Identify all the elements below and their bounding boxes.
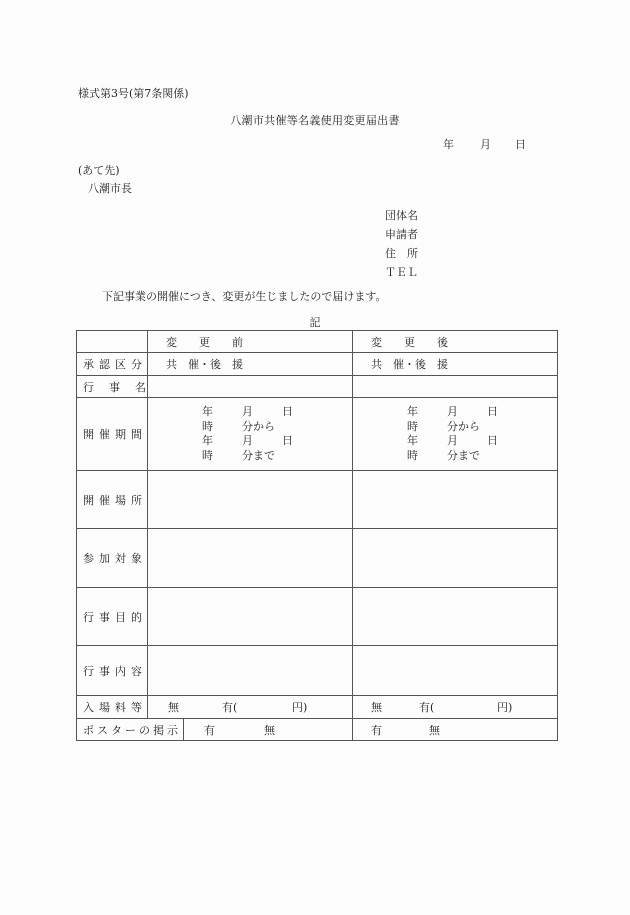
purpose-before[interactable] — [148, 588, 353, 646]
content-after[interactable] — [353, 646, 558, 696]
participants-before[interactable] — [148, 529, 353, 588]
approval-before[interactable]: 共 催・後 援 — [148, 353, 353, 376]
event-name-after[interactable] — [353, 376, 558, 398]
date-year: 年 — [443, 136, 480, 152]
approval-row: 承認区分 共 催・後 援 共 催・後 援 — [77, 353, 558, 376]
period-row: 開催期間 年月日 時分から 年月日 時分まで 年月日 時分から 年月日 時分まで — [77, 398, 558, 471]
applicant-address-label: 住 所 — [385, 244, 418, 263]
poster-row: ポスターの掲示 有無 有無 — [77, 719, 558, 741]
approval-label: 承認区分 — [77, 353, 148, 376]
intro-text: 下記事業の開催につき、変更が生じましたので届けます。 — [102, 288, 386, 304]
ki-heading: 記 — [0, 314, 630, 330]
applicant-group-label: 団体名 — [385, 206, 418, 225]
header-row: 変 更 前 変 更 後 — [77, 331, 558, 353]
addressee-prefix: (あて先) — [78, 162, 120, 178]
content-before[interactable] — [148, 646, 353, 696]
admission-before[interactable]: 無有(円) — [148, 696, 353, 719]
header-before: 変 更 前 — [148, 331, 353, 353]
event-name-label: 行 事 名 — [77, 376, 148, 398]
content-row: 行事内容 — [77, 646, 558, 696]
change-form-table: 変 更 前 変 更 後 承認区分 共 催・後 援 共 催・後 援 行 事 名 開… — [76, 330, 558, 741]
period-before[interactable]: 年月日 時分から 年月日 時分まで — [148, 398, 353, 471]
event-name-row: 行 事 名 — [77, 376, 558, 398]
poster-before[interactable]: 有無 — [184, 719, 353, 741]
addressee-name: 八潮市長 — [88, 180, 132, 196]
participants-row: 参加対象 — [77, 529, 558, 588]
admission-label: 入場料等 — [77, 696, 148, 719]
date-line: 年月日 — [443, 136, 526, 152]
date-month: 月 — [480, 136, 515, 152]
period-after[interactable]: 年月日 時分から 年月日 時分まで — [353, 398, 558, 471]
poster-after[interactable]: 有無 — [353, 719, 558, 741]
content-label: 行事内容 — [77, 646, 148, 696]
header-blank — [77, 331, 148, 353]
participants-after[interactable] — [353, 529, 558, 588]
participants-label: 参加対象 — [77, 529, 148, 588]
venue-row: 開催場所 — [77, 471, 558, 529]
purpose-label: 行事目的 — [77, 588, 148, 646]
venue-label: 開催場所 — [77, 471, 148, 529]
approval-after[interactable]: 共 催・後 援 — [353, 353, 558, 376]
applicant-block: 団体名 申請者 住 所 ＴＥＬ — [385, 206, 418, 282]
applicant-tel-label: ＴＥＬ — [385, 263, 418, 282]
purpose-after[interactable] — [353, 588, 558, 646]
document-title: 八潮市共催等名義使用変更届出書 — [0, 112, 630, 128]
header-after: 変 更 後 — [353, 331, 558, 353]
admission-row: 入場料等 無有(円) 無有(円) — [77, 696, 558, 719]
venue-before[interactable] — [148, 471, 353, 529]
admission-after[interactable]: 無有(円) — [353, 696, 558, 719]
applicant-name-label: 申請者 — [385, 225, 418, 244]
venue-after[interactable] — [353, 471, 558, 529]
event-name-before[interactable] — [148, 376, 353, 398]
purpose-row: 行事目的 — [77, 588, 558, 646]
date-day: 日 — [515, 136, 526, 152]
form-number: 様式第3号(第7条関係) — [78, 85, 189, 101]
poster-label: ポスターの掲示 — [77, 719, 184, 741]
period-label: 開催期間 — [77, 398, 148, 471]
